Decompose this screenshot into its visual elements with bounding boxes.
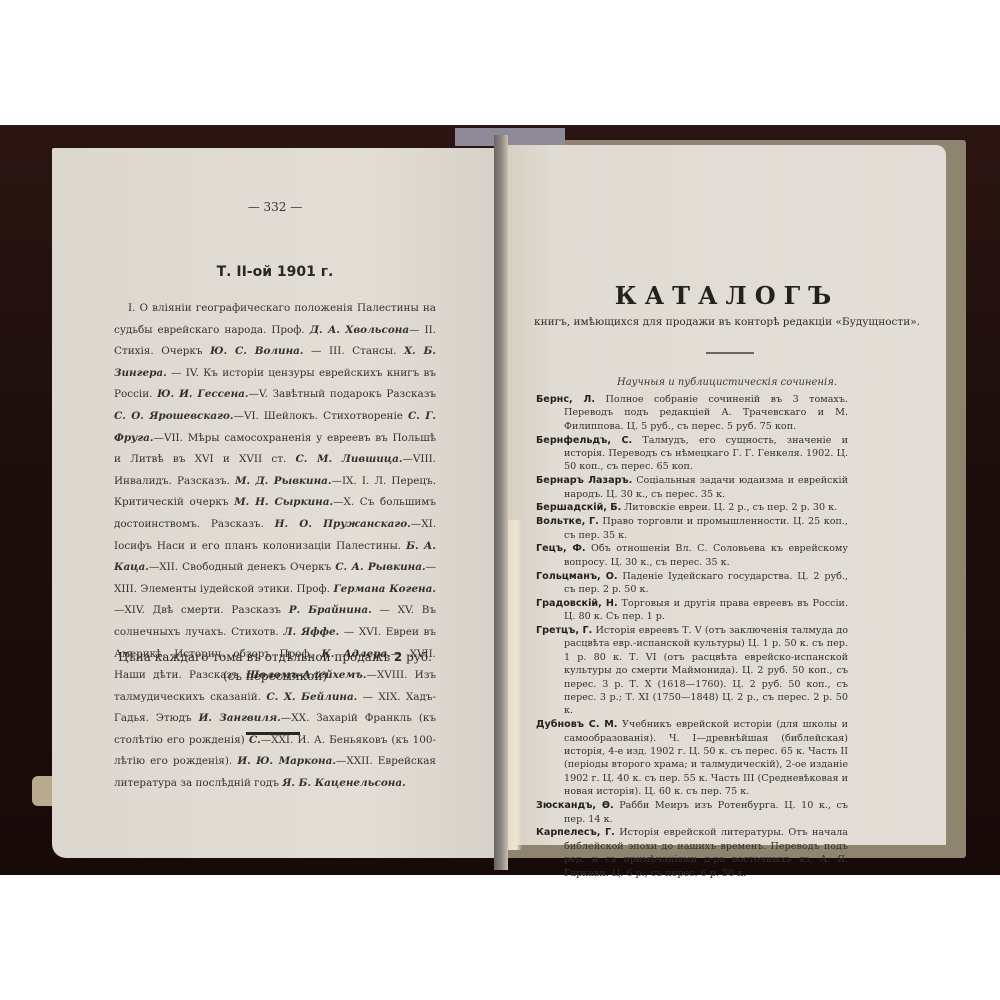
toc-item-author: Р. Брайнина. [289, 604, 372, 616]
entry-author: Дубновъ С. М. [536, 719, 617, 730]
entry-author: Бернс, Л. [536, 394, 595, 405]
toc-item-author: С. А. Рывкина. [335, 561, 425, 573]
right-page: КАТАЛОГЪ книгъ, имѣющихся для продажи въ… [508, 145, 946, 845]
toc-item-text: — III. Стансы. [304, 345, 404, 357]
toc-item-author: Я. Б. Каценельсона. [282, 777, 405, 789]
catalog-entry: Гретцъ, Г. Исторія евреевъ Т. V (отъ зак… [536, 624, 848, 718]
toc-item-author: И. Ю. Маркона. [237, 755, 336, 767]
book-spine-top [455, 128, 565, 146]
catalog-entry: Бернс, Л. Полное собраніе сочиненій въ 3… [536, 393, 848, 433]
catalog-entries: Бернс, Л. Полное собраніе сочиненій въ 3… [536, 393, 848, 880]
toc-item-author: С. О. Ярошевскаго. [114, 410, 234, 422]
catalog-entry: Бернаръ Лазаръ. Соціальныя задачи юдаизм… [536, 474, 848, 501]
catalog-entry: Карпелесъ, Г. Исторія еврейской литерату… [536, 826, 848, 880]
page-number: — 332 — [52, 200, 498, 214]
toc-item-author: Ю. С. Волина. [210, 345, 303, 357]
toc-item-text: —XIV. Двѣ смерти. Разсказъ [114, 604, 289, 616]
toc-item-author: М. Д. Рывкина. [235, 475, 332, 487]
toc-item-author: И. Зангвиля. [199, 712, 281, 724]
catalog-entry: Вольтке, Г. Право торговли и промышленно… [536, 515, 848, 542]
toc-item-author: Н. О. Пружанскаго. [275, 518, 411, 530]
toc-item-author: С. [249, 734, 261, 746]
entry-description: Объ отношеніи Вл. С. Соловьева къ еврейс… [564, 543, 848, 567]
toc-item-text: —XII. Свободный денекъ Очеркъ [149, 561, 335, 573]
catalog-title: КАТАЛОГЪ [508, 281, 946, 310]
toc-item-author: Германа Когена. [333, 583, 436, 595]
entry-author: Карпелесъ, Г. [536, 827, 615, 838]
catalog-entry: Зюскандъ, Ѳ. Рабби Меиръ изъ Ротенбурга.… [536, 799, 848, 826]
catalog-entry: Градовскій, Н. Торговыя и другія права е… [536, 597, 848, 624]
entry-description: Литовскіе евреи. Ц. 2 р., съ пер. 2 р. 3… [621, 502, 837, 513]
entry-author: Бернфельдъ, С. [536, 435, 632, 446]
book-gutter [494, 135, 508, 870]
toc-item-author: С. М. Лившица. [296, 453, 403, 465]
section-heading: Научныя и публицистическія сочиненія. [508, 377, 946, 388]
entry-author: Бернаръ Лазаръ. [536, 475, 632, 486]
left-page: — 332 — Т. II-ой 1901 г. I. О вліяніи ге… [52, 148, 498, 858]
toc-item-author: М. Н. Сыркина. [234, 496, 333, 508]
toc-item-text: —V. Завѣтный подарокъ Разсказъ [249, 388, 436, 400]
table-of-contents: I. О вліяніи географическаго положенія П… [114, 298, 436, 795]
entry-author: Гретцъ, Г. [536, 625, 592, 636]
catalog-subtitle: книгъ, имѣющихся для продажи въ конторѣ … [528, 315, 926, 329]
catalog-entry: Дубновъ С. М. Учебникъ еврейской исторіи… [536, 718, 848, 798]
entry-description: Полное собраніе сочиненій въ 3 томахъ. П… [564, 394, 848, 432]
toc-item-author: С. Х. Бейлина. [266, 691, 357, 703]
title-divider [706, 352, 754, 354]
toc-item-author: Д. А. Хвольсона [310, 324, 409, 336]
toc-item-author: Л. Яффе. [283, 626, 339, 638]
price-note-text: Цѣна каждаго тома въ отдѣльной продажѣ [118, 650, 394, 664]
toc-item-text: —VI. Шейлокъ. Стихотвореніе [234, 410, 408, 422]
entry-author: Градовскій, Н. [536, 598, 618, 609]
page-tear-edge [508, 520, 522, 850]
entry-description: Право торговли и промышленности. Ц. 25 к… [564, 516, 848, 540]
section-divider [246, 732, 300, 735]
entry-description: Исторія евреевъ Т. V (отъ заключенія тал… [564, 625, 848, 716]
catalog-entry: Гольцманъ, О. Паденіе Іудейскаго государ… [536, 570, 848, 597]
catalog-entry: Бернфельдъ, С. Талмудъ, его сущность, зн… [536, 434, 848, 474]
catalog-entry: Бершадскій, Б. Литовскіе евреи. Ц. 2 р.,… [536, 501, 848, 514]
entry-description: Учебникъ еврейской исторіи (для школы и … [564, 719, 848, 797]
entry-author: Бершадскій, Б. [536, 502, 621, 513]
catalog-entry: Гецъ, Ф. Объ отношеніи Вл. С. Соловьева … [536, 542, 848, 569]
toc-item-author: Ю. И. Гессена. [157, 388, 248, 400]
entry-author: Вольтке, Г. [536, 516, 599, 527]
price-note: Цѣна каждаго тома въ отдѣльной продажѣ 2… [114, 648, 436, 686]
entry-author: Гецъ, Ф. [536, 543, 586, 554]
entry-author: Гольцманъ, О. [536, 571, 618, 582]
volume-title: Т. II-ой 1901 г. [52, 264, 498, 280]
entry-author: Зюскандъ, Ѳ. [536, 800, 614, 811]
